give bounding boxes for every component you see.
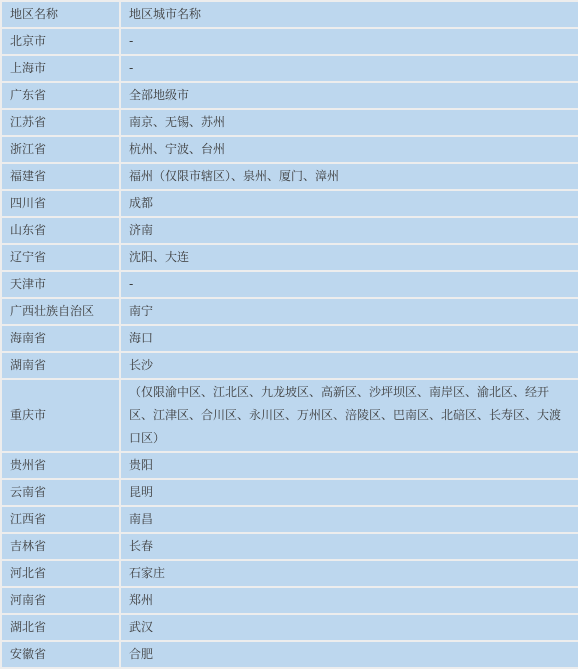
cities-cell: 济南 [120,217,578,244]
region-cell: 山东省 [1,217,120,244]
cities-cell: 郑州 [120,587,578,614]
region-cell: 云南省 [1,479,120,506]
cities-cell: （仅限渝中区、江北区、九龙坡区、高新区、沙坪坝区、南岸区、渝北区、经开区、江津区… [120,379,578,452]
cities-cell: 南昌 [120,506,578,533]
region-city-table: 地区名称 地区城市名称 北京市-上海市-广东省全部地级市江苏省南京、无锡、苏州浙… [0,0,578,669]
cities-cell: 贵阳 [120,452,578,479]
region-cell: 浙江省 [1,136,120,163]
region-cell: 辽宁省 [1,244,120,271]
cities-cell: 南京、无锡、苏州 [120,109,578,136]
region-cell: 贵州省 [1,452,120,479]
table-row: 浙江省杭州、宁波、台州 [1,136,578,163]
region-cell: 福建省 [1,163,120,190]
cities-cell: - [120,271,578,298]
cities-cell: 昆明 [120,479,578,506]
region-cell: 重庆市 [1,379,120,452]
region-cell: 广西壮族自治区 [1,298,120,325]
table-row: 广东省全部地级市 [1,82,578,109]
table-row: 四川省成都 [1,190,578,217]
cities-cell: 长春 [120,533,578,560]
table-row: 北京市- [1,28,578,55]
cities-cell: 南宁 [120,298,578,325]
region-cell: 江苏省 [1,109,120,136]
table-row: 重庆市（仅限渝中区、江北区、九龙坡区、高新区、沙坪坝区、南岸区、渝北区、经开区、… [1,379,578,452]
region-cell: 天津市 [1,271,120,298]
cities-cell: 武汉 [120,614,578,641]
table-row: 辽宁省沈阳、大连 [1,244,578,271]
cities-cell: 合肥 [120,641,578,668]
region-cell: 广东省 [1,82,120,109]
region-cell: 上海市 [1,55,120,82]
table-row: 吉林省长春 [1,533,578,560]
column-header-cities: 地区城市名称 [120,1,578,28]
cities-cell: 石家庄 [120,560,578,587]
cities-cell: 全部地级市 [120,82,578,109]
table-row: 贵州省贵阳 [1,452,578,479]
cities-cell: 杭州、宁波、台州 [120,136,578,163]
table-row: 江苏省南京、无锡、苏州 [1,109,578,136]
table-header-row: 地区名称 地区城市名称 [1,1,578,28]
cities-cell: - [120,55,578,82]
region-cell: 吉林省 [1,533,120,560]
cities-cell: 沈阳、大连 [120,244,578,271]
region-cell: 江西省 [1,506,120,533]
table-row: 湖北省武汉 [1,614,578,641]
region-cell: 安徽省 [1,641,120,668]
table-row: 上海市- [1,55,578,82]
table-row: 河北省石家庄 [1,560,578,587]
region-cell: 湖北省 [1,614,120,641]
table-row: 山东省济南 [1,217,578,244]
region-cell: 河北省 [1,560,120,587]
region-cell: 海南省 [1,325,120,352]
table-row: 海南省海口 [1,325,578,352]
cities-cell: - [120,28,578,55]
region-cell: 北京市 [1,28,120,55]
table-row: 河南省郑州 [1,587,578,614]
table-row: 湖南省长沙 [1,352,578,379]
cities-cell: 成都 [120,190,578,217]
region-cell: 四川省 [1,190,120,217]
table-row: 福建省福州（仅限市辖区）、泉州、厦门、漳州 [1,163,578,190]
page: 地区名称 地区城市名称 北京市-上海市-广东省全部地级市江苏省南京、无锡、苏州浙… [0,0,578,669]
region-cell: 湖南省 [1,352,120,379]
table-row: 云南省昆明 [1,479,578,506]
cities-cell: 海口 [120,325,578,352]
table-row: 广西壮族自治区南宁 [1,298,578,325]
column-header-region: 地区名称 [1,1,120,28]
cities-cell: 长沙 [120,352,578,379]
table-row: 江西省南昌 [1,506,578,533]
table-row: 安徽省合肥 [1,641,578,668]
cities-cell: 福州（仅限市辖区）、泉州、厦门、漳州 [120,163,578,190]
table-body: 北京市-上海市-广东省全部地级市江苏省南京、无锡、苏州浙江省杭州、宁波、台州福建… [1,28,578,668]
region-cell: 河南省 [1,587,120,614]
table-row: 天津市- [1,271,578,298]
